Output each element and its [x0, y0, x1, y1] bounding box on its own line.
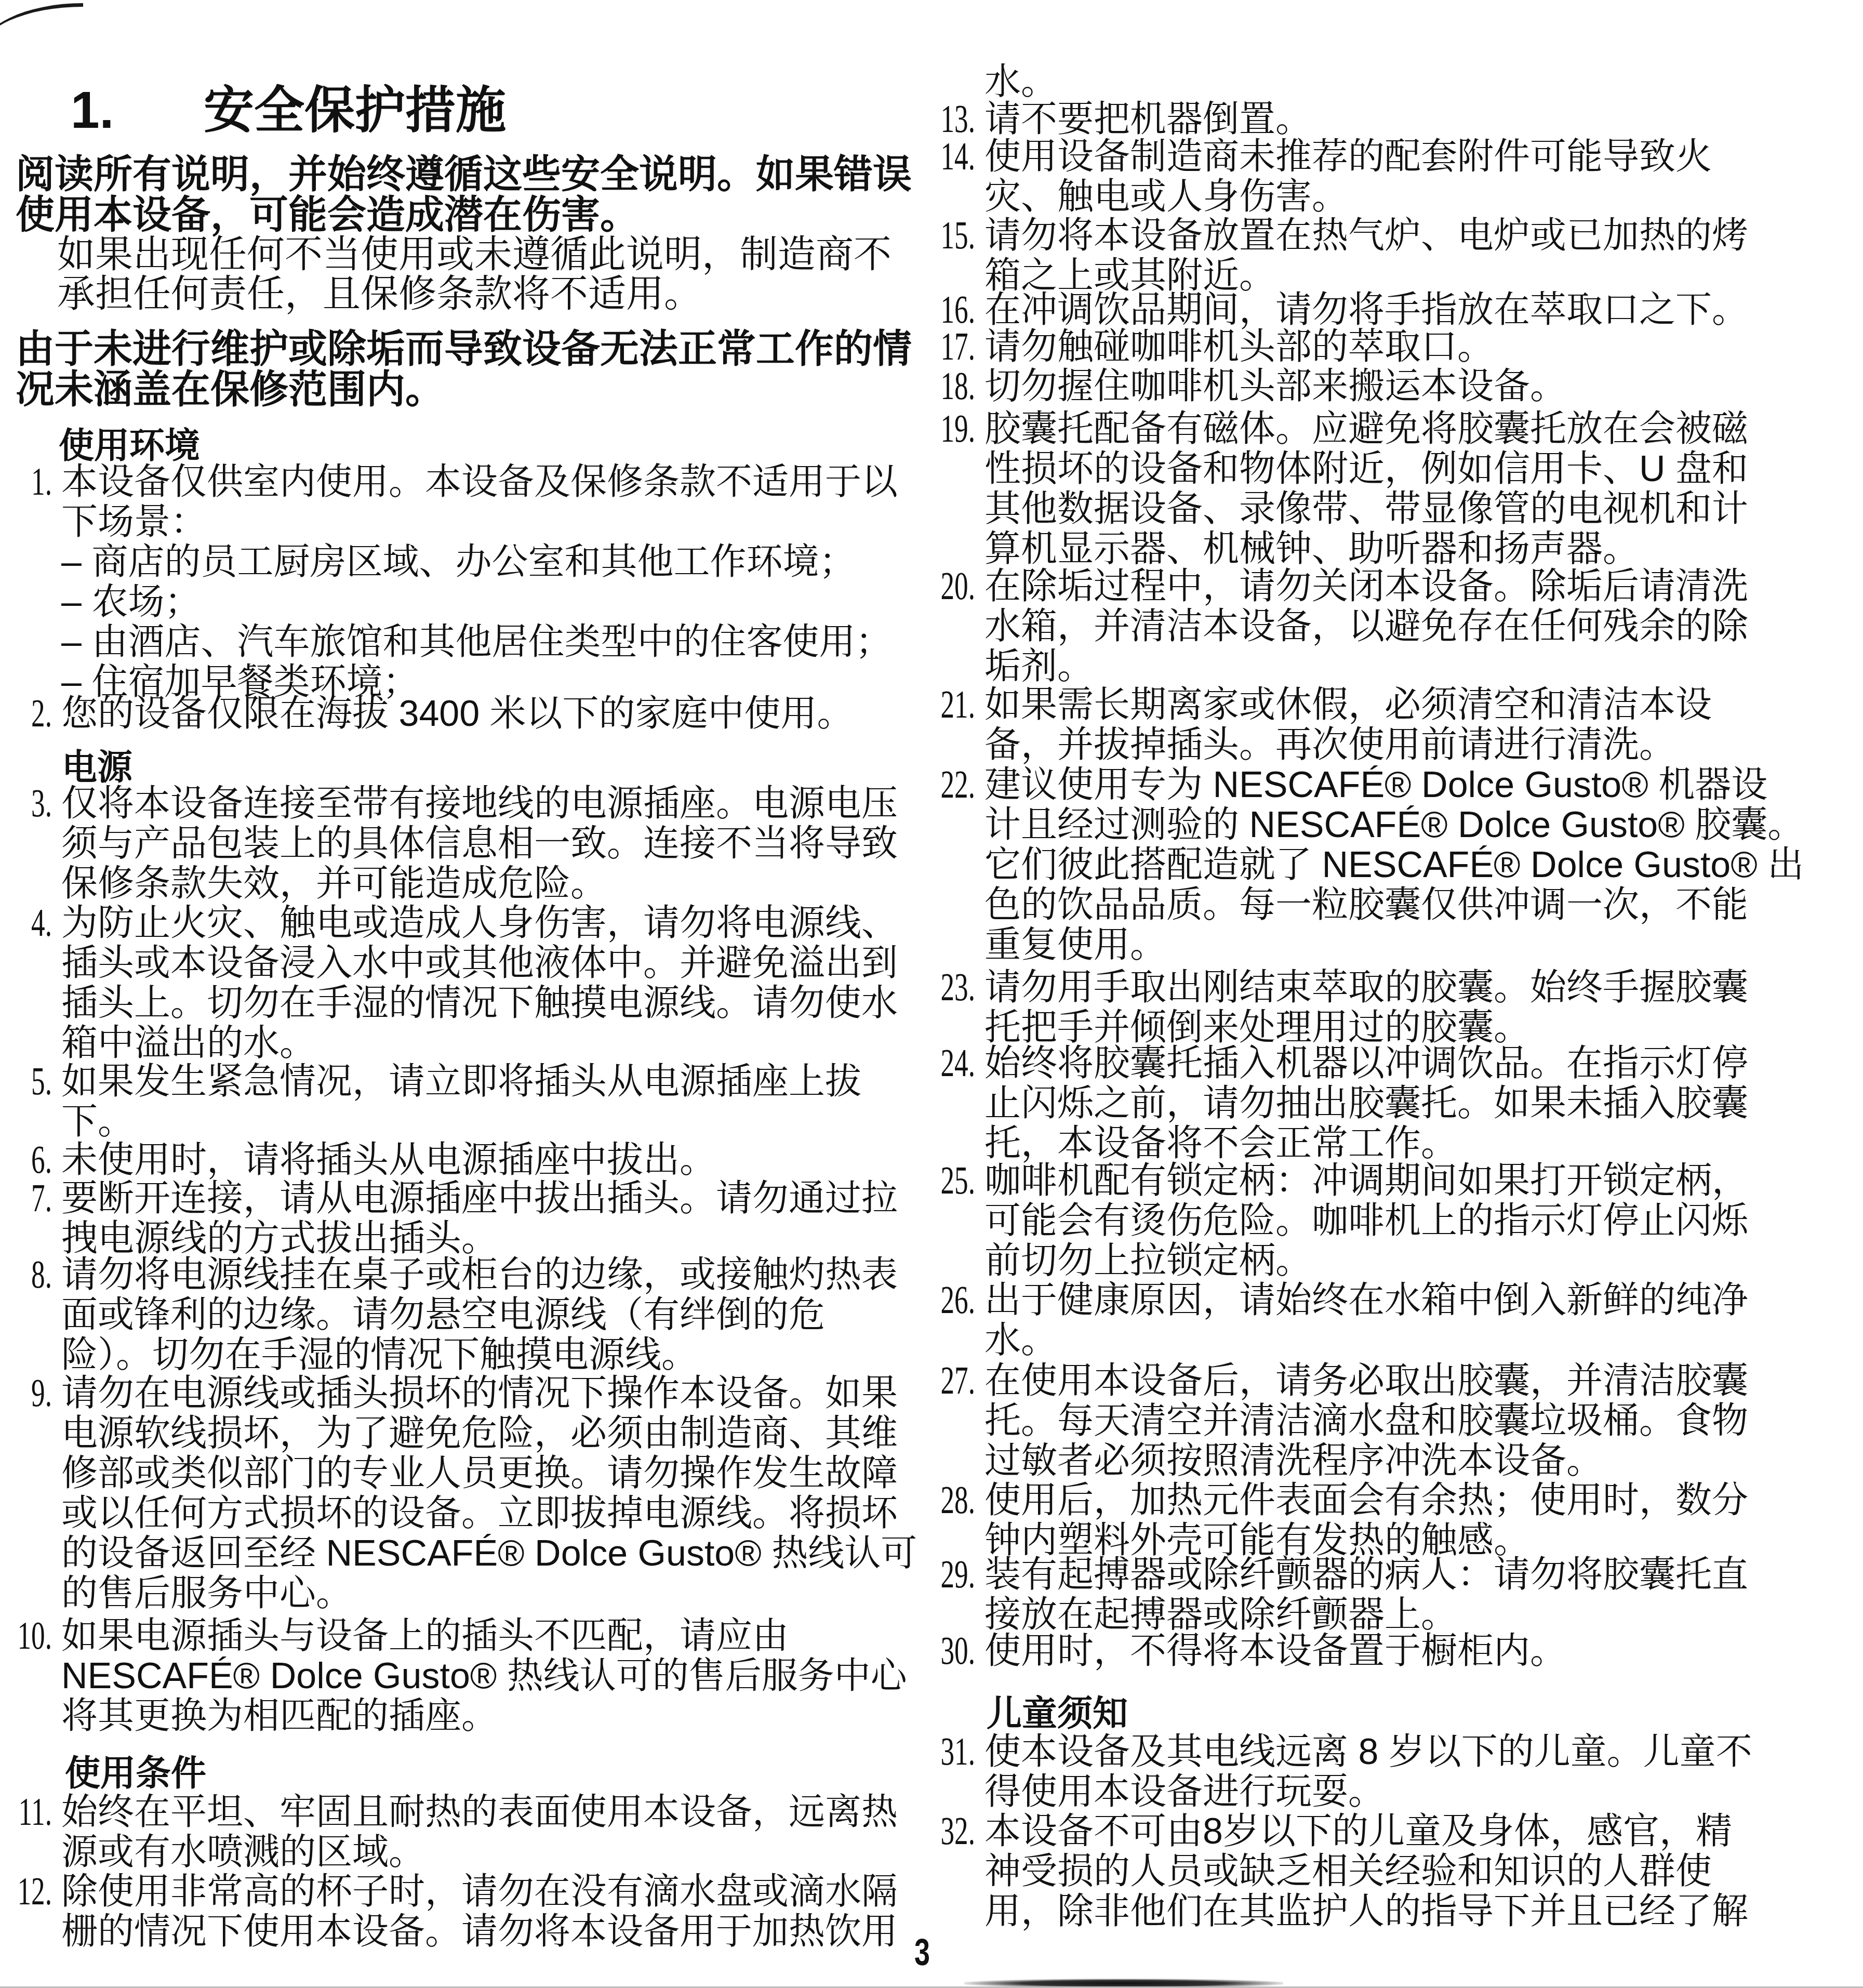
list-item-18: 18. 切勿握住咖啡机头部来搬运本设备。: [923, 366, 1858, 406]
item-line: 插头或本设备浸入水中或其他液体中。并避免溢出到: [61, 943, 935, 983]
item-number: 31.: [939, 1732, 975, 1772]
item-line: 咖啡机配有锁定柄：冲调期间如果打开锁定柄，: [984, 1161, 1858, 1201]
item-line: 其他数据设备、录像带、带显像管的电视机和计: [984, 489, 1858, 529]
item-number: 3.: [16, 784, 52, 824]
item-line: 箱中溢出的水。: [61, 1023, 935, 1063]
sub-bullet: – 农场；: [61, 582, 935, 622]
item-line: 止闪烁之前，请勿抽出胶囊托。如果未插入胶囊: [984, 1083, 1858, 1123]
item-number: 1.: [16, 462, 52, 502]
item-line: 面或锋利的边缘。请勿悬空电源线（有绊倒的危: [61, 1295, 935, 1335]
list-item-9: 9. 请勿在电源线或插头损坏的情况下操作本设备。如果 电源软线损坏，为了避免危险…: [0, 1373, 935, 1613]
item-number: 4.: [16, 903, 52, 943]
item-line: 水箱，并清洁本设备，以避免存在任何残余的除: [984, 606, 1858, 646]
item-line: 未使用时，请将插头从电源插座中拔出。: [61, 1140, 935, 1180]
item-line: NESCAFÉ® Dolce Gusto® 热线认可的售后服务中心: [61, 1656, 935, 1696]
list-item-21: 21. 如果需长期离家或休假，必须清空和清洁本设 备，并拔掉插头。再次使用前请进…: [923, 685, 1858, 765]
list-item-23: 23. 请勿用手取出刚结束萃取的胶囊。始终手握胶囊 托把手并倾倒来处理用过的胶囊…: [923, 968, 1858, 1048]
item-number: 27.: [939, 1361, 975, 1401]
item-number: 26.: [939, 1280, 975, 1320]
item-line: 托。每天清空并清洁滴水盘和胶囊垃圾桶。食物: [984, 1401, 1858, 1441]
item-number: 24.: [939, 1043, 975, 1083]
list-item-17: 17. 请勿触碰咖啡机头部的萃取口。: [923, 327, 1858, 367]
item-line: 仅将本设备连接至带有接地线的电源插座。电源电压: [61, 784, 935, 824]
list-item-8: 8. 请勿将电源线挂在桌子或柜台的边缘，或接触灼热表 面或锋利的边缘。请勿悬空电…: [0, 1255, 935, 1375]
item-line: 将其更换为相匹配的插座。: [61, 1696, 935, 1736]
item-line: 拽电源线的方式拔出插头。: [61, 1218, 935, 1258]
list-item-10: 10. 如果电源插头与设备上的插头不匹配，请应由 NESCAFÉ® Dolce …: [0, 1616, 935, 1736]
item-line: 灾、触电或人身伤害。: [984, 177, 1858, 217]
item-line: 请勿将本设备放置在热气炉、电炉或已加热的烤: [984, 216, 1858, 256]
sub-bullet: – 由酒店、汽车旅馆和其他居住类型中的住客使用；: [61, 622, 935, 662]
item-line: 始终将胶囊托插入机器以冲调饮品。在指示灯停: [984, 1043, 1858, 1083]
item-line: 出于健康原因，请始终在水箱中倒入新鲜的纯净: [984, 1280, 1858, 1320]
item-number: 29.: [939, 1555, 975, 1595]
section-heading-conditions: 使用条件: [65, 1754, 206, 1794]
list-item-11: 11. 始终在平坦、牢固且耐热的表面使用本设备，远离热 源或有水喷溅的区域。: [0, 1792, 935, 1872]
item-line: 过敏者必须按照清洗程序冲洗本设备。: [984, 1441, 1858, 1481]
item-line: 您的设备仅限在海拔 3400 米以下的家庭中使用。: [61, 694, 935, 734]
item-line: 备，并拔掉插头。再次使用前请进行清洗。: [984, 725, 1858, 765]
item-line: 神受损的人员或缺乏相关经验和知识的人群使: [984, 1851, 1858, 1891]
list-item-15: 15. 请勿将本设备放置在热气炉、电炉或已加热的烤 箱之上或其附近。: [923, 216, 1858, 296]
list-item-30: 30. 使用时，不得将本设备置于橱柜内。: [923, 1631, 1858, 1671]
item-line: 要断开连接，请从电源插座中拔出插头。请勿通过拉: [61, 1178, 935, 1218]
list-item-14: 14. 使用设备制造商未推荐的配套附件可能导致火 灾、触电或人身伤害。: [923, 137, 1858, 217]
item-line: 垢剂。: [984, 646, 1858, 686]
list-item-20: 20. 在除垢过程中，请勿关闭本设备。除垢后请清洗 水箱，并清洁本设备，以避免存…: [923, 566, 1858, 686]
list-item-13: 13. 请不要把机器倒置。: [923, 99, 1858, 139]
item-line: 如果需长期离家或休假，必须清空和清洁本设: [984, 685, 1858, 725]
item-line: 接放在起搏器或除纤颤器上。: [984, 1595, 1858, 1635]
list-item-24: 24. 始终将胶囊托插入机器以冲调饮品。在指示灯停 止闪烁之前，请勿抽出胶囊托。…: [923, 1043, 1858, 1163]
item-line: 或以任何方式损坏的设备。立即拔掉电源线。将损坏: [61, 1493, 935, 1533]
item-line: 如果电源插头与设备上的插头不匹配，请应由: [61, 1616, 935, 1656]
item-line: 如果发生紧急情况，请立即将插头从电源插座上拔: [61, 1062, 935, 1102]
list-item-12-continued: 水。: [923, 62, 1858, 102]
item-line: 使本设备及其电线远离 8 岁以下的儿童。儿童不: [984, 1732, 1858, 1772]
item-line: 请勿触碰咖啡机头部的萃取口。: [984, 327, 1858, 367]
item-line: 本设备不可由8岁以下的儿童及身体，感官，精: [984, 1811, 1858, 1851]
item-line: 请勿用手取出刚结束萃取的胶囊。始终手握胶囊: [984, 968, 1858, 1008]
item-line: 修部或类似部门的专业人员更换。请勿操作发生故障: [61, 1453, 935, 1493]
item-line: 电源软线损坏，为了避免危险，必须由制造商、其维: [61, 1413, 935, 1453]
list-item-16: 16. 在冲调饮品期间，请勿将手指放在萃取口之下。: [923, 290, 1858, 330]
item-line: 使用时，不得将本设备置于橱柜内。: [984, 1631, 1858, 1671]
item-line: 它们彼此搭配造就了 NESCAFÉ® Dolce Gusto® 出: [984, 845, 1858, 885]
list-item-1: 1. 本设备仅供室内使用。本设备及保修条款不适用于以 下场景： – 商店的员工厨…: [0, 462, 935, 702]
item-line: 用，除非他们在其监护人的指导下并且已经了解: [984, 1891, 1858, 1931]
item-number: 22.: [939, 765, 975, 805]
item-line: 保修条款失效，并可能造成危险。: [61, 864, 935, 904]
item-line: 使用设备制造商未推荐的配套附件可能导致火: [984, 137, 1858, 177]
item-line: 为防止火灾、触电或造成人身伤害，请勿将电源线、: [61, 903, 935, 943]
item-line: 重复使用。: [984, 925, 1858, 965]
item-line: 建议使用专为 NESCAFÉ® Dolce Gusto® 机器设: [984, 765, 1858, 805]
item-number: 10.: [16, 1616, 52, 1656]
item-number: 7.: [16, 1178, 52, 1218]
item-line: 算机显示器、机械钟、助听器和扬声器。: [984, 529, 1858, 569]
item-line: 始终在平坦、牢固且耐热的表面使用本设备，远离热: [61, 1792, 935, 1832]
list-item-31: 31. 使本设备及其电线远离 8 岁以下的儿童。儿童不 得使用本设备进行玩耍。: [923, 1732, 1858, 1812]
list-item-29: 29. 装有起搏器或除纤颤器的病人：请勿将胶囊托直 接放在起搏器或除纤颤器上。: [923, 1555, 1858, 1635]
item-line: 请勿将电源线挂在桌子或柜台的边缘，或接触灼热表: [61, 1255, 935, 1295]
item-number: 6.: [16, 1140, 52, 1180]
item-line: 胶囊托配备有磁体。应避免将胶囊托放在会被磁: [984, 409, 1858, 449]
item-number: 14.: [939, 137, 975, 177]
list-item-7: 7. 要断开连接，请从电源插座中拔出插头。请勿通过拉 拽电源线的方式拔出插头。: [0, 1178, 935, 1258]
left-column: 使用环境 1. 本设备仅供室内使用。本设备及保修条款不适用于以 下场景： – 商…: [0, 0, 935, 1988]
item-number: 9.: [16, 1373, 52, 1413]
list-item-3: 3. 仅将本设备连接至带有接地线的电源插座。电源电压 须与产品包装上的具体信息相…: [0, 784, 935, 904]
item-number: 21.: [939, 685, 975, 725]
sub-bullet: – 商店的员工厨房区域、办公室和其他工作环境；: [61, 542, 935, 582]
item-line: 请勿在电源线或插头损坏的情况下操作本设备。如果: [61, 1373, 935, 1413]
item-number: 20.: [939, 566, 975, 606]
list-item-2: 2. 您的设备仅限在海拔 3400 米以下的家庭中使用。: [0, 694, 935, 734]
item-line: 性损坏的设备和物体附近，例如信用卡、U 盘和: [984, 449, 1858, 489]
list-item-12: 12. 除使用非常高的杯子时，请勿在没有滴水盘或滴水隔 栅的情况下使用本设备。请…: [0, 1872, 935, 1952]
section-heading-power: 电源: [62, 748, 132, 788]
section-heading-environment: 使用环境: [59, 426, 200, 466]
item-number: 12.: [16, 1872, 52, 1912]
item-number: 13.: [939, 99, 975, 139]
item-number: 32.: [939, 1811, 975, 1851]
list-item-22: 22. 建议使用专为 NESCAFÉ® Dolce Gusto® 机器设 计且经…: [923, 765, 1858, 965]
list-item-4: 4. 为防止火灾、触电或造成人身伤害，请勿将电源线、 插头或本设备浸入水中或其他…: [0, 903, 935, 1063]
item-line: 的设备返回至经 NESCAFÉ® Dolce Gusto® 热线认可: [61, 1533, 935, 1573]
item-line: 色的饮品品质。每一粒胶囊仅供冲调一次，不能: [984, 885, 1858, 925]
item-line: 托把手并倾倒来处理用过的胶囊。: [984, 1008, 1858, 1048]
list-item-19: 19. 胶囊托配备有磁体。应避免将胶囊托放在会被磁 性损坏的设备和物体附近，例如…: [923, 409, 1858, 569]
item-line: 除使用非常高的杯子时，请勿在没有滴水盘或滴水隔: [61, 1872, 935, 1912]
item-line: 使用后，加热元件表面会有余热；使用时，数分: [984, 1480, 1858, 1520]
page-number: 3: [914, 1932, 930, 1973]
item-line: 水。: [984, 1320, 1858, 1360]
list-item-26: 26. 出于健康原因，请始终在水箱中倒入新鲜的纯净 水。: [923, 1280, 1858, 1360]
item-line: 险）。切勿在手湿的情况下触摸电源线。: [61, 1335, 935, 1375]
item-line: 切勿握住咖啡机头部来搬运本设备。: [984, 366, 1858, 406]
item-line: 下场景：: [61, 502, 935, 542]
item-line: 在除垢过程中，请勿关闭本设备。除垢后请清洗: [984, 566, 1858, 606]
item-number: 19.: [939, 409, 975, 449]
item-line: 下。: [61, 1102, 935, 1142]
item-number: 15.: [939, 216, 975, 256]
item-number: 30.: [939, 1631, 975, 1671]
item-line: 托，本设备将不会正常工作。: [984, 1123, 1858, 1163]
item-number: 11.: [16, 1792, 52, 1832]
item-line: 须与产品包装上的具体信息相一致。连接不当将导致: [61, 824, 935, 864]
item-number: 2.: [16, 694, 52, 734]
item-number: 18.: [939, 366, 975, 406]
item-number: 28.: [939, 1480, 975, 1520]
list-item-28: 28. 使用后，加热元件表面会有余热；使用时，数分 钟内塑料外壳可能有发热的触感…: [923, 1480, 1858, 1560]
list-item-32: 32. 本设备不可由8岁以下的儿童及身体，感官，精 神受损的人员或缺乏相关经验和…: [923, 1811, 1858, 1931]
item-line: 本设备仅供室内使用。本设备及保修条款不适用于以: [61, 462, 935, 502]
item-number: 23.: [939, 968, 975, 1008]
item-number: 16.: [939, 290, 975, 330]
list-item-27: 27. 在使用本设备后，请务必取出胶囊，并清洁胶囊 托。每天清空并清洁滴水盘和胶…: [923, 1361, 1858, 1481]
item-line: 装有起搏器或除纤颤器的病人：请勿将胶囊托直: [984, 1555, 1858, 1595]
item-line: 得使用本设备进行玩耍。: [984, 1772, 1858, 1812]
item-number: 5.: [16, 1062, 52, 1102]
item-line: 水。: [984, 62, 1858, 102]
list-item-6: 6. 未使用时，请将插头从电源插座中拔出。: [0, 1140, 935, 1180]
item-line: 栅的情况下使用本设备。请勿将本设备用于加热饮用: [61, 1912, 935, 1952]
item-line: 在使用本设备后，请务必取出胶囊，并清洁胶囊: [984, 1361, 1858, 1401]
item-line: 插头上。切勿在手湿的情况下触摸电源线。请勿使水: [61, 983, 935, 1023]
item-line: 计且经过测验的 NESCAFÉ® Dolce Gusto® 胶囊。: [984, 805, 1858, 845]
item-line: 可能会有烫伤危险。咖啡机上的指示灯停止闪烁: [984, 1201, 1858, 1241]
item-number: 17.: [939, 327, 975, 367]
item-line: 的售后服务中心。: [61, 1573, 935, 1613]
list-item-25: 25. 咖啡机配有锁定柄：冲调期间如果打开锁定柄， 可能会有烫伤危险。咖啡机上的…: [923, 1161, 1858, 1281]
section-heading-children: 儿童须知: [987, 1694, 1128, 1734]
list-item-5: 5. 如果发生紧急情况，请立即将插头从电源插座上拔 下。: [0, 1062, 935, 1142]
item-line: 在冲调饮品期间，请勿将手指放在萃取口之下。: [984, 290, 1858, 330]
item-line: 请不要把机器倒置。: [984, 99, 1858, 139]
right-column: 水。 13. 请不要把机器倒置。 14. 使用设备制造商未推荐的配套附件可能导致…: [923, 0, 1858, 1988]
item-number: 25.: [939, 1161, 975, 1201]
item-line: 源或有水喷溅的区域。: [61, 1832, 935, 1872]
item-line: 前切勿上拉锁定柄。: [984, 1241, 1858, 1281]
item-number: 8.: [16, 1255, 52, 1295]
